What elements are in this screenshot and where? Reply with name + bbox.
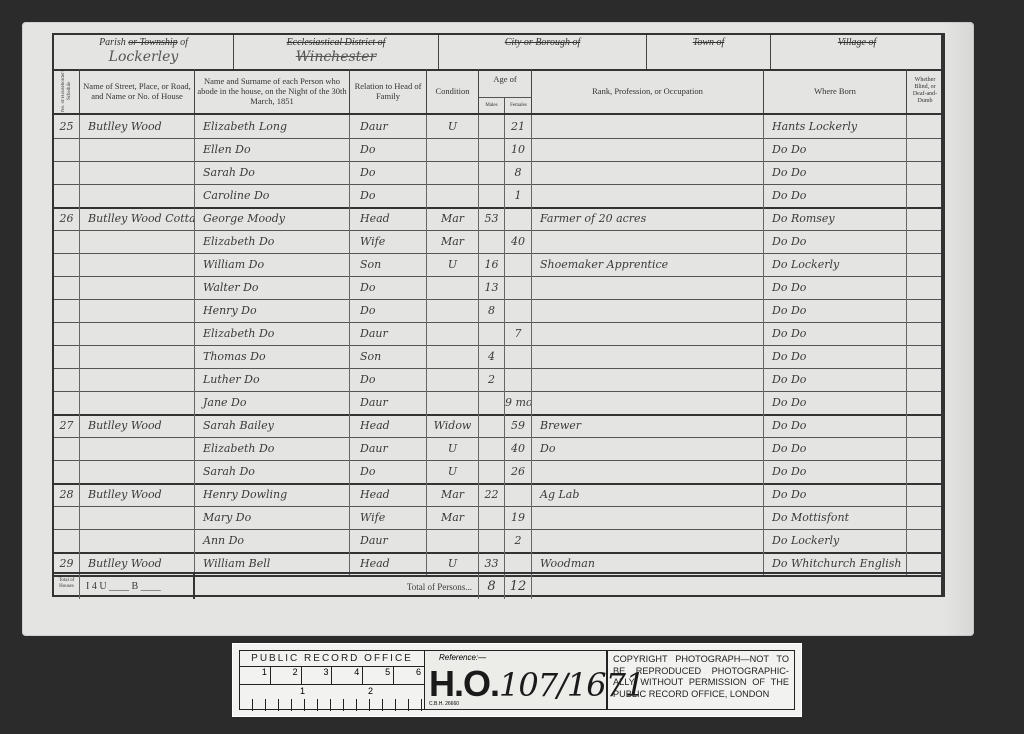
street-cell: Butlley Wood Cottage — [80, 207, 195, 230]
street-cell — [80, 253, 195, 276]
condition-cell: U — [427, 115, 479, 138]
totals-row: Total of Houses I 4 U ____ B ____ Total … — [54, 572, 941, 599]
reference-box: Reference:— H.O.107/1671 C.B.H. 26660 — [425, 650, 607, 710]
street-cell — [80, 345, 195, 368]
person-name-cell: Elizabeth Long — [195, 115, 350, 138]
blind-deaf-cell — [907, 276, 943, 299]
occupation-cell — [532, 161, 764, 184]
schedule-cell: 26 — [54, 207, 80, 230]
age-female-cell: 40 — [505, 230, 532, 253]
schedule-cell — [54, 276, 80, 299]
schedule-cell — [54, 345, 80, 368]
street-cell — [80, 230, 195, 253]
relation-cell: Daur — [350, 437, 427, 460]
condition-cell — [427, 138, 479, 161]
age-male-cell: 2 — [479, 368, 505, 391]
table-row: Elizabeth DoWifeMar40Do Do — [54, 230, 941, 254]
ruler-tick: 1 — [240, 667, 271, 685]
ruler-tick: 5 — [363, 667, 394, 685]
column-header-row: No. of Householder's Schedule Name of St… — [54, 69, 941, 115]
relation-cell: Do — [350, 299, 427, 322]
condition-cell: Mar — [427, 230, 479, 253]
age-female-cell: 9 mo — [505, 391, 532, 414]
pro-ruler-box: PUBLIC RECORD OFFICE 1 2 3 4 5 6 1 2 — [239, 650, 425, 710]
blind-deaf-cell — [907, 253, 943, 276]
age-male-cell — [479, 322, 505, 345]
table-row: Mary DoWifeMar19Do Mottisfont — [54, 506, 941, 530]
occupation-cell — [532, 115, 764, 138]
age-male-cell — [479, 115, 505, 138]
col-schedule-label: No. of Householder's Schedule — [61, 69, 73, 113]
street-cell: Butlley Wood — [80, 414, 195, 437]
city-borough-label: City or Borough of — [439, 37, 646, 48]
parish-label: Parish — [99, 37, 126, 48]
condition-cell — [427, 299, 479, 322]
person-name-cell: Elizabeth Do — [195, 437, 350, 460]
age-female-cell: 40 — [505, 437, 532, 460]
ruler-inch: 1 — [300, 686, 305, 696]
age-male-cell — [479, 506, 505, 529]
relation-cell: Do — [350, 368, 427, 391]
person-name-cell: Sarah Bailey — [195, 414, 350, 437]
street-cell — [80, 506, 195, 529]
age-male-cell — [479, 161, 505, 184]
street-cell — [80, 460, 195, 483]
age-female-cell: 59 — [505, 414, 532, 437]
birthplace-cell: Do Do — [764, 345, 907, 368]
occupation-cell — [532, 529, 764, 552]
occupation-cell — [532, 391, 764, 414]
occupation-cell: Shoemaker Apprentice — [532, 253, 764, 276]
occupation-cell — [532, 184, 764, 207]
person-name-cell: Ann Do — [195, 529, 350, 552]
totals-blank — [532, 574, 943, 599]
occupation-cell: Ag Lab — [532, 483, 764, 506]
table-row: 27Butlley WoodSarah BaileyHeadWidow59Bre… — [54, 414, 941, 438]
person-name-cell: Sarah Do — [195, 161, 350, 184]
person-name-cell: Caroline Do — [195, 184, 350, 207]
street-cell — [80, 529, 195, 552]
blind-deaf-cell — [907, 230, 943, 253]
parish-value: Lockerley — [54, 49, 233, 65]
relation-cell: Son — [350, 253, 427, 276]
age-female-cell — [505, 299, 532, 322]
table-row: 25Butlley WoodElizabeth LongDaurU21Hants… — [54, 115, 941, 139]
occupation-cell: Brewer — [532, 414, 764, 437]
age-female-cell: 10 — [505, 138, 532, 161]
relation-cell: Daur — [350, 115, 427, 138]
schedule-cell — [54, 253, 80, 276]
col-relation-header: Relation to Head of Family — [350, 69, 427, 113]
col-schedule-header: No. of Householder's Schedule — [54, 69, 80, 113]
birthplace-cell: Do Do — [764, 276, 907, 299]
person-name-cell: Sarah Do — [195, 460, 350, 483]
schedule-cell — [54, 138, 80, 161]
age-male-cell — [479, 184, 505, 207]
schedule-cell — [54, 506, 80, 529]
ruler-inch: 2 — [368, 686, 373, 696]
condition-cell: U — [427, 460, 479, 483]
schedule-cell — [54, 529, 80, 552]
table-row: Caroline DoDo1Do Do — [54, 184, 941, 209]
age-male-cell: 13 — [479, 276, 505, 299]
ruler-tick: 3 — [302, 667, 333, 685]
table-row: Ellen DoDo10Do Do — [54, 138, 941, 162]
person-name-cell: Ellen Do — [195, 138, 350, 161]
col-males-header: Males — [479, 97, 505, 113]
occupation-cell — [532, 506, 764, 529]
age-female-cell: 19 — [505, 506, 532, 529]
condition-cell: U — [427, 437, 479, 460]
condition-cell — [427, 345, 479, 368]
birthplace-cell: Do Do — [764, 184, 907, 207]
condition-cell — [427, 322, 479, 345]
street-cell — [80, 368, 195, 391]
schedule-cell — [54, 437, 80, 460]
street-cell — [80, 184, 195, 207]
schedule-cell — [54, 322, 80, 345]
condition-cell: U — [427, 253, 479, 276]
reference-label: Reference:— — [439, 653, 486, 662]
eccl-district-value: Winchester — [234, 49, 438, 65]
birthplace-cell: Do Do — [764, 460, 907, 483]
birthplace-cell: Hants Lockerly — [764, 115, 907, 138]
condition-cell — [427, 391, 479, 414]
occupation-cell — [532, 299, 764, 322]
col-age-header: Age of Males Females — [479, 69, 532, 113]
birthplace-cell: Do Lockerly — [764, 253, 907, 276]
total-males: 8 — [479, 574, 505, 599]
village-label: Village of — [771, 37, 943, 48]
street-cell: Butlley Wood — [80, 115, 195, 138]
age-female-cell: 2 — [505, 529, 532, 552]
age-male-cell — [479, 391, 505, 414]
relation-cell: Do — [350, 184, 427, 207]
col-street-header: Name of Street, Place, or Road, and Name… — [80, 69, 195, 113]
schedule-cell: 25 — [54, 115, 80, 138]
street-cell — [80, 437, 195, 460]
condition-cell — [427, 276, 479, 299]
col-occupation-header: Rank, Profession, or Occupation — [532, 69, 764, 113]
birthplace-cell: Do Romsey — [764, 207, 907, 230]
occupation-cell — [532, 276, 764, 299]
city-borough-cell: City or Borough of — [439, 35, 647, 69]
schedule-cell — [54, 184, 80, 207]
person-name-cell: Henry Dowling — [195, 483, 350, 506]
ruler-tick: 2 — [271, 667, 302, 685]
condition-cell: Mar — [427, 506, 479, 529]
relation-cell: Head — [350, 207, 427, 230]
relation-cell: Daur — [350, 391, 427, 414]
table-row: Sarah DoDoU26Do Do — [54, 460, 941, 485]
age-male-cell: 53 — [479, 207, 505, 230]
birthplace-cell: Do Mottisfont — [764, 506, 907, 529]
age-female-cell — [505, 483, 532, 506]
occupation-cell — [532, 345, 764, 368]
age-male-cell — [479, 230, 505, 253]
condition-cell: Mar — [427, 483, 479, 506]
table-row: Walter DoDo13Do Do — [54, 276, 941, 300]
age-male-cell — [479, 138, 505, 161]
blind-deaf-cell — [907, 299, 943, 322]
parish-cell: Parish or Township of Lockerley — [54, 35, 234, 69]
table-row: Henry DoDo8Do Do — [54, 299, 941, 323]
relation-cell: Do — [350, 138, 427, 161]
birthplace-cell: Do Do — [764, 138, 907, 161]
relation-cell: Wife — [350, 506, 427, 529]
person-name-cell: Luther Do — [195, 368, 350, 391]
blind-deaf-cell — [907, 506, 943, 529]
condition-cell: Widow — [427, 414, 479, 437]
blind-deaf-cell — [907, 115, 943, 138]
occupation-cell — [532, 138, 764, 161]
age-female-cell: 21 — [505, 115, 532, 138]
schedule-cell — [54, 161, 80, 184]
eccl-district-label: Ecclesiastical District of — [234, 37, 438, 48]
total-houses-label: Total of Houses — [54, 574, 80, 599]
blind-deaf-cell — [907, 483, 943, 506]
birthplace-cell: Do Do — [764, 414, 907, 437]
relation-cell: Son — [350, 345, 427, 368]
parish-of-label: of — [180, 37, 188, 48]
village-cell: Village of — [771, 35, 943, 69]
total-females: 12 — [505, 574, 532, 599]
schedule-cell — [54, 299, 80, 322]
col-born-header: Where Born — [764, 69, 907, 113]
schedule-cell: 27 — [54, 414, 80, 437]
col-females-header: Females — [505, 97, 532, 113]
age-female-cell — [505, 253, 532, 276]
table-row: Thomas DoSon4Do Do — [54, 345, 941, 369]
age-female-cell: 7 — [505, 322, 532, 345]
person-name-cell: Henry Do — [195, 299, 350, 322]
blind-deaf-cell — [907, 529, 943, 552]
occupation-cell: Farmer of 20 acres — [532, 207, 764, 230]
blind-deaf-cell — [907, 345, 943, 368]
occupation-cell — [532, 368, 764, 391]
relation-cell: Wife — [350, 230, 427, 253]
relation-cell: Do — [350, 276, 427, 299]
person-name-cell: George Moody — [195, 207, 350, 230]
blind-deaf-cell — [907, 184, 943, 207]
street-cell — [80, 161, 195, 184]
age-female-cell: 26 — [505, 460, 532, 483]
birthplace-cell: Do Do — [764, 437, 907, 460]
birthplace-cell: Do Do — [764, 161, 907, 184]
relation-cell: Daur — [350, 529, 427, 552]
street-cell — [80, 138, 195, 161]
table-row: Ann DoDaur2Do Lockerly — [54, 529, 941, 554]
blind-deaf-cell — [907, 368, 943, 391]
age-female-cell — [505, 368, 532, 391]
blind-deaf-cell — [907, 414, 943, 437]
relation-cell: Head — [350, 483, 427, 506]
col-blind-header: Whether Blind, or Deaf-and-Dumb — [907, 69, 943, 113]
table-row: Jane DoDaur9 moDo Do — [54, 391, 941, 416]
birthplace-cell: Do Do — [764, 322, 907, 345]
occupation-cell — [532, 322, 764, 345]
col-age-label: Age of — [493, 74, 516, 84]
reference-code: C.B.H. 26660 — [429, 701, 459, 707]
person-name-cell: Elizabeth Do — [195, 322, 350, 345]
birthplace-cell: Do Do — [764, 483, 907, 506]
schedule-cell: 28 — [54, 483, 80, 506]
ruler-tick: 6 — [394, 667, 424, 685]
occupation-cell — [532, 460, 764, 483]
ruler-tick: 4 — [332, 667, 363, 685]
person-name-cell: William Do — [195, 253, 350, 276]
person-name-cell: Elizabeth Do — [195, 230, 350, 253]
table-row: 26Butlley Wood CottageGeorge MoodyHeadMa… — [54, 207, 941, 231]
birthplace-cell: Do Do — [764, 391, 907, 414]
street-cell — [80, 299, 195, 322]
table-row: Luther DoDo2Do Do — [54, 368, 941, 392]
blind-deaf-cell — [907, 460, 943, 483]
schedule-cell — [54, 460, 80, 483]
birthplace-cell: Do Do — [764, 230, 907, 253]
condition-cell — [427, 161, 479, 184]
street-cell — [80, 322, 195, 345]
condition-cell: Mar — [427, 207, 479, 230]
relation-cell: Head — [350, 414, 427, 437]
birthplace-cell: Do Do — [764, 368, 907, 391]
blind-deaf-cell — [907, 207, 943, 230]
reference-series: H.O. — [429, 663, 499, 704]
table-row: Elizabeth DoDaur7Do Do — [54, 322, 941, 346]
age-male-cell: 16 — [479, 253, 505, 276]
blind-deaf-cell — [907, 161, 943, 184]
office-name: PUBLIC RECORD OFFICE — [240, 651, 424, 664]
condition-cell — [427, 184, 479, 207]
person-name-cell: Mary Do — [195, 506, 350, 529]
location-band: Parish or Township of Lockerley Ecclesia… — [54, 35, 941, 71]
schedule-cell — [54, 368, 80, 391]
blind-deaf-cell — [907, 138, 943, 161]
schedule-cell — [54, 230, 80, 253]
relation-cell: Daur — [350, 322, 427, 345]
blind-deaf-cell — [907, 391, 943, 414]
record-office-label: PUBLIC RECORD OFFICE 1 2 3 4 5 6 1 2 Ref… — [232, 643, 802, 717]
table-row: 28Butlley WoodHenry DowlingHeadMar22Ag L… — [54, 483, 941, 507]
age-female-cell — [505, 276, 532, 299]
condition-cell — [427, 529, 479, 552]
birthplace-cell: Do Do — [764, 299, 907, 322]
street-cell — [80, 391, 195, 414]
age-male-cell — [479, 414, 505, 437]
relation-cell: Do — [350, 460, 427, 483]
occupation-cell — [532, 230, 764, 253]
person-name-cell: Thomas Do — [195, 345, 350, 368]
total-persons-label: Total of Persons... — [195, 574, 479, 599]
age-female-cell: 8 — [505, 161, 532, 184]
col-condition-header: Condition — [427, 69, 479, 113]
col-name-header: Name and Surname of each Person who abod… — [195, 69, 350, 113]
condition-cell — [427, 368, 479, 391]
age-male-cell: 22 — [479, 483, 505, 506]
blind-deaf-cell — [907, 437, 943, 460]
age-female-cell: 1 — [505, 184, 532, 207]
age-male-cell — [479, 460, 505, 483]
eccl-district-cell: Ecclesiastical District of Winchester — [234, 35, 439, 69]
schedule-cell — [54, 391, 80, 414]
person-name-cell: Jane Do — [195, 391, 350, 414]
town-cell: Town of — [647, 35, 771, 69]
parish-struck-label: or Township — [128, 37, 177, 48]
age-male-cell — [479, 437, 505, 460]
birthplace-cell: Do Lockerly — [764, 529, 907, 552]
table-row: William DoSonU16Shoemaker ApprenticeDo L… — [54, 253, 941, 277]
total-houses-value: I 4 U ____ B ____ — [80, 574, 195, 599]
census-form: Parish or Township of Lockerley Ecclesia… — [52, 33, 945, 597]
town-label: Town of — [647, 37, 770, 48]
age-male-cell: 8 — [479, 299, 505, 322]
occupation-cell: Do — [532, 437, 764, 460]
table-row: Elizabeth DoDaurU40DoDo Do — [54, 437, 941, 461]
copyright-notice: COPYRIGHT PHOTOGRAPH—NOT TO BE REPRODUCE… — [607, 650, 795, 710]
age-male-cell — [479, 529, 505, 552]
blind-deaf-cell — [907, 322, 943, 345]
age-male-cell: 4 — [479, 345, 505, 368]
age-female-cell — [505, 207, 532, 230]
ruler-top: 1 2 3 4 5 6 — [240, 666, 424, 685]
street-cell — [80, 276, 195, 299]
street-cell: Butlley Wood — [80, 483, 195, 506]
ruler-bottom: 1 2 — [240, 684, 424, 711]
table-row: Sarah DoDo8Do Do — [54, 161, 941, 185]
person-name-cell: Walter Do — [195, 276, 350, 299]
relation-cell: Do — [350, 161, 427, 184]
age-female-cell — [505, 345, 532, 368]
